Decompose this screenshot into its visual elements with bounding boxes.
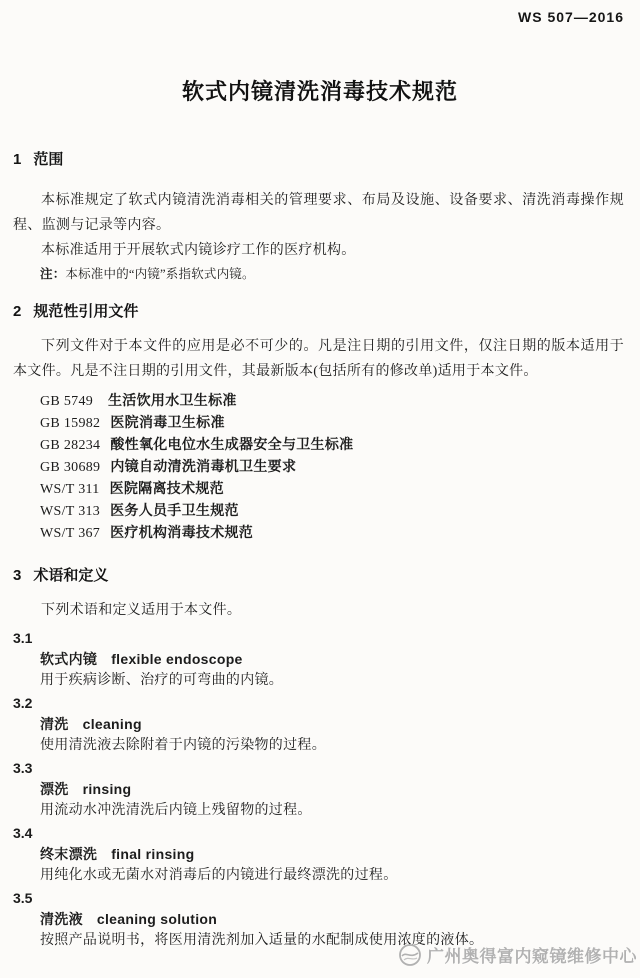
reference-code: GB 5749 [40,391,98,412]
reference-code: GB 28234 [40,435,100,456]
section-1-paragraph-1: 本标准规定了软式内镜清洗消毒相关的管理要求、布局及设施、设备要求、清洗消毒操作规… [13,188,624,238]
reference-item: GB 5749生活饮用水卫生标准 [40,391,624,412]
term-definition: 用于疾病诊断、治疗的可弯曲的内镜。 [40,670,624,691]
term-line: 漂洗rinsing [40,779,624,800]
section-1-title: 范围 [33,151,63,168]
reference-code: WS/T 311 [40,479,100,500]
term-number: 3.5 [13,888,624,909]
note-text: 本标准中的“内镜”系指软式内镜。 [65,267,254,281]
term-list: 3.1 软式内镜flexible endoscope 用于疾病诊断、治疗的可弯曲… [13,628,624,951]
term-definition: 用流动水冲洗清洗后内镜上残留物的过程。 [40,800,624,821]
reference-item: WS/T 311医院隔离技术规范 [40,479,624,500]
term-block: 3.3 漂洗rinsing 用流动水冲洗清洗后内镜上残留物的过程。 [13,758,624,821]
term-en: cleaning solution [97,911,217,927]
term-zh: 软式内镜 [40,651,97,667]
term-block: 3.1 软式内镜flexible endoscope 用于疾病诊断、治疗的可弯曲… [13,628,624,691]
document-body: 1范围 本标准规定了软式内镜清洗消毒相关的管理要求、布局及设施、设备要求、清洗消… [0,150,640,951]
reference-title: 酸性氧化电位水生成器安全与卫生标准 [110,438,353,453]
section-1-paragraph-2: 本标准适用于开展软式内镜诊疗工作的医疗机构。 [13,238,624,263]
term-en: cleaning [83,716,142,732]
section-3-intro: 下列术语和定义适用于本文件。 [13,598,624,623]
term-zh: 清洗 [40,716,69,732]
term-line: 软式内镜flexible endoscope [40,649,624,670]
section-2-heading: 2规范性引用文件 [13,302,624,322]
reference-title: 医疗机构消毒技术规范 [110,526,253,541]
section-1-note: 注：本标准中的“内镜”系指软式内镜。 [40,265,624,284]
section-1-heading: 1范围 [13,150,624,170]
reference-title: 生活饮用水卫生标准 [108,394,237,409]
term-number: 3.3 [13,758,624,779]
doc-number: WS 507—2016 [0,0,640,25]
section-2-title: 规范性引用文件 [33,303,138,320]
section-2-number: 2 [13,303,21,320]
term-block: 3.4 终末漂洗final rinsing 用纯化水或无菌水对消毒后的内镜进行最… [13,823,624,886]
reference-code: WS/T 367 [40,523,100,544]
reference-item: GB 15982医院消毒卫生标准 [40,413,624,434]
document-page: WS 507—2016 软式内镜清洗消毒技术规范 1范围 本标准规定了软式内镜清… [0,0,640,978]
reference-title: 医务人员手卫生规范 [110,504,239,519]
section-2-intro: 下列文件对于本文件的应用是必不可少的。凡是注日期的引用文件，仅注日期的版本适用于… [13,334,624,384]
term-number: 3.1 [13,628,624,649]
section-3-number: 3 [13,567,21,584]
term-block: 3.5 清洗液cleaning solution 按照产品说明书，将医用清洗剂加… [13,888,624,951]
reference-code: GB 15982 [40,413,100,434]
section-1-number: 1 [13,151,21,168]
term-line: 终末漂洗final rinsing [40,844,624,865]
reference-title: 医院消毒卫生标准 [110,416,224,431]
term-en: final rinsing [111,846,194,862]
term-line: 清洗cleaning [40,714,624,735]
term-en: flexible endoscope [111,651,242,667]
reference-title: 内镜自动清洗消毒机卫生要求 [110,460,296,475]
term-line: 清洗液cleaning solution [40,909,624,930]
term-zh: 终末漂洗 [40,846,97,862]
section-3-title: 术语和定义 [33,567,108,584]
reference-item: WS/T 367医疗机构消毒技术规范 [40,523,624,544]
term-zh: 清洗液 [40,911,83,927]
section-3-heading: 3术语和定义 [13,566,624,586]
reference-list: GB 5749生活饮用水卫生标准 GB 15982医院消毒卫生标准 GB 282… [13,391,624,544]
term-number: 3.2 [13,693,624,714]
term-number: 3.4 [13,823,624,844]
reference-code: GB 30689 [40,457,100,478]
term-zh: 漂洗 [40,781,69,797]
page-title: 软式内镜清洗消毒技术规范 [0,75,640,106]
reference-item: GB 30689内镜自动清洗消毒机卫生要求 [40,457,624,478]
reference-title: 医院隔离技术规范 [110,482,224,497]
note-label: 注： [40,267,65,281]
term-definition: 按照产品说明书，将医用清洗剂加入适量的水配制成使用浓度的液体。 [40,930,624,951]
reference-code: WS/T 313 [40,501,100,522]
term-en: rinsing [83,781,132,797]
reference-item: WS/T 313医务人员手卫生规范 [40,501,624,522]
reference-item: GB 28234酸性氧化电位水生成器安全与卫生标准 [40,435,624,456]
term-definition: 使用清洗液去除附着于内镜的污染物的过程。 [40,735,624,756]
term-definition: 用纯化水或无菌水对消毒后的内镜进行最终漂洗的过程。 [40,865,624,886]
term-block: 3.2 清洗cleaning 使用清洗液去除附着于内镜的污染物的过程。 [13,693,624,756]
